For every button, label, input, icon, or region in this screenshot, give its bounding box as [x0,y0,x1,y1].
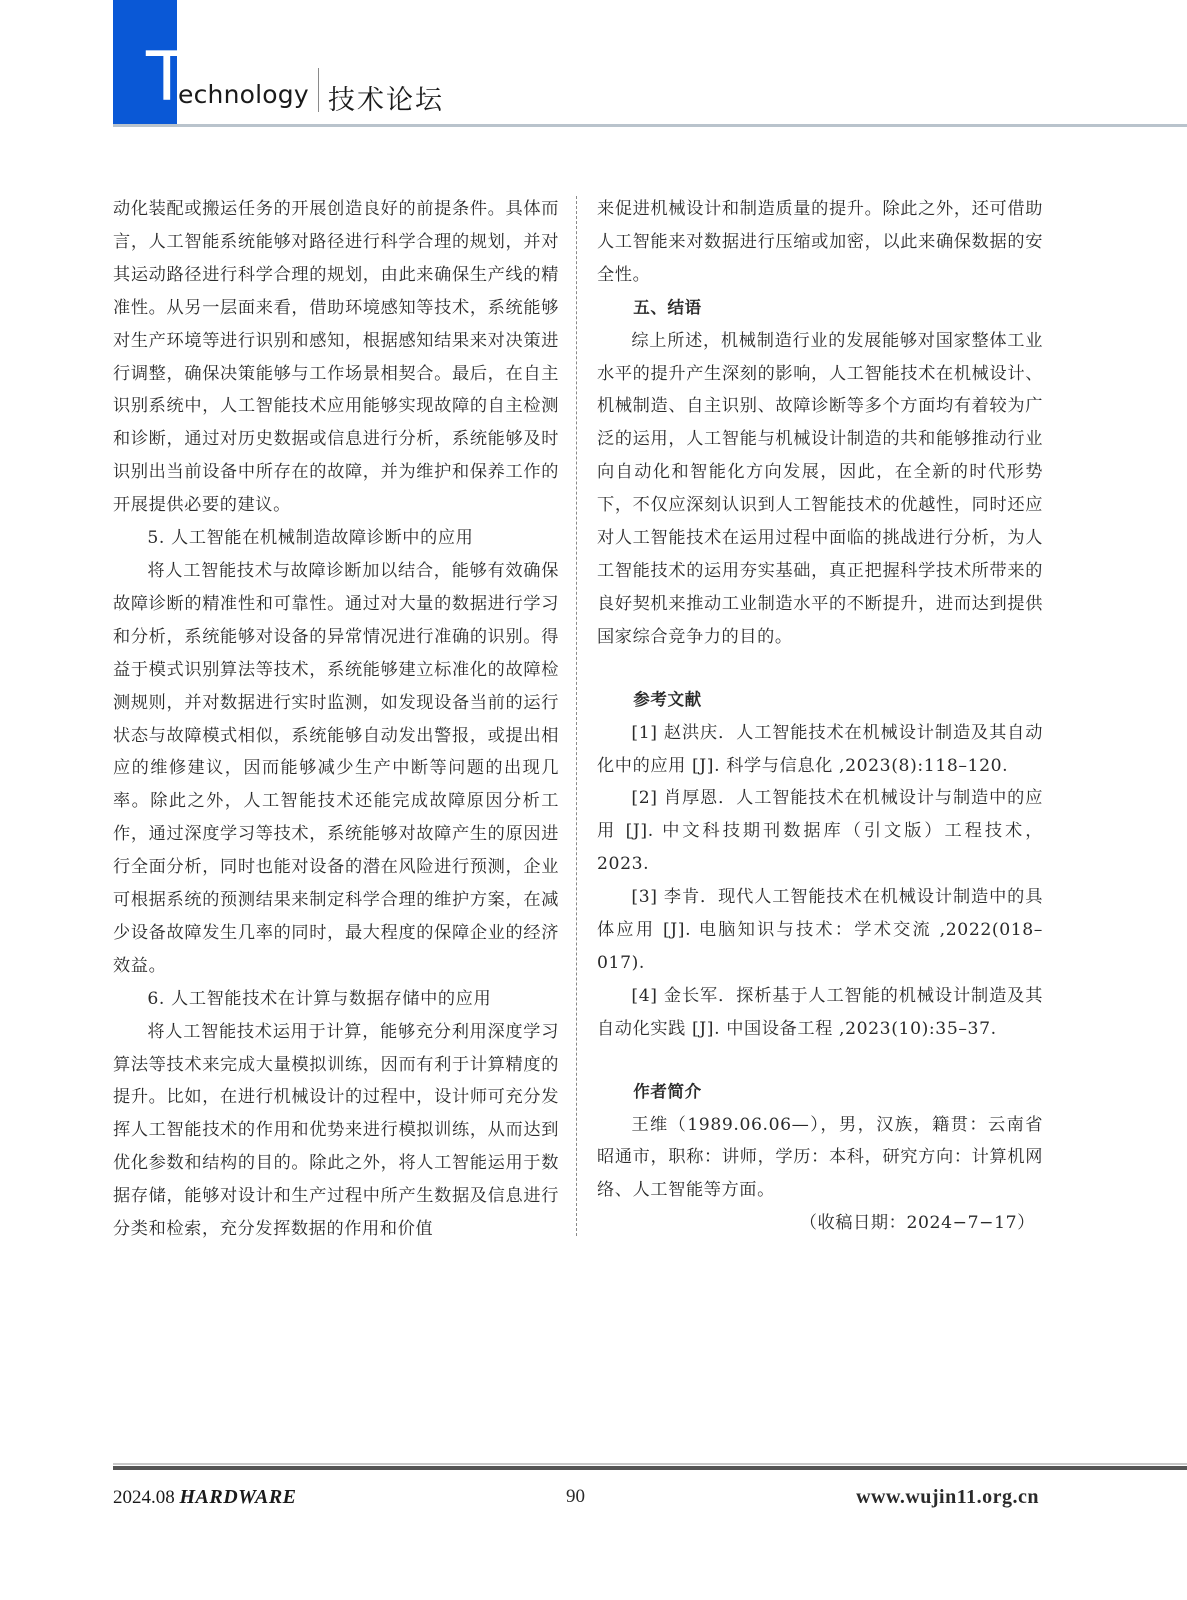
magazine-name: HARDWARE [180,1486,297,1508]
subsection-heading-5: 5. 人工智能在机械制造故障诊断中的应用 [113,522,559,555]
reference-item: [3] 李肯．现代人工智能技术在机械设计制造中的具体应用 [J]. 电脑知识与技… [597,881,1043,980]
right-column: 来促进机械设计和制造质量的提升。除此之外，还可借助人工智能来对数据进行压缩或加密… [597,193,1043,1240]
reference-item: [2] 肖厚恩．人工智能技术在机械设计与制造中的应用 [J]. 中文科技期刊数据… [597,782,1043,881]
section-title-cn: 技术论坛 [328,78,444,117]
header-separator [318,68,319,112]
body-paragraph: 来促进机械设计和制造质量的提升。除此之外，还可借助人工智能来对数据进行压缩或加密… [597,193,1043,292]
left-column: 动化装配或搬运任务的开展创造良好的前提条件。具体而言，人工智能系统能够对路径进行… [113,193,559,1246]
issue-date: 2024.08 [113,1487,175,1508]
column-divider [576,196,577,1236]
subsection-heading-6: 6. 人工智能技术在计算与数据存储中的应用 [113,983,559,1016]
header-word-technology: echnology [178,80,309,109]
body-paragraph: 将人工智能技术运用于计算，能够充分利用深度学习算法等技术来完成大量模拟训练，因而… [113,1016,559,1246]
footer-rule [113,1466,1187,1470]
reference-item: [1] 赵洪庆．人工智能技术在机械设计制造及其自动化中的应用 [J]. 科学与信… [597,717,1043,783]
header-rule [113,124,1187,127]
footer-rule-light [113,1463,1187,1465]
conclusion-heading: 五、结语 [597,292,1043,325]
received-date: （收稿日期：2024−7−17） [597,1207,1043,1240]
author-bio: 王维（1989.06.06—），男，汉族，籍贯：云南省昭通市，职称：讲师，学历：… [597,1109,1043,1208]
references-heading: 参考文献 [597,684,1043,717]
page-number: 90 [566,1486,585,1508]
reference-item: [4] 金长军．探析基于人工智能的机械设计制造及其自动化实践 [J]. 中国设备… [597,980,1043,1046]
author-heading: 作者简介 [597,1076,1043,1109]
website-url: www.wujin11.org.cn [856,1486,1039,1509]
body-paragraph: 将人工智能技术与故障诊断加以结合，能够有效确保故障诊断的精准性和可靠性。通过对大… [113,555,559,983]
footer-issue: 2024.08 HARDWARE [113,1486,297,1509]
body-paragraph: 动化装配或搬运任务的开展创造良好的前提条件。具体而言，人工智能系统能够对路径进行… [113,193,559,522]
body-paragraph: 综上所述，机械制造行业的发展能够对国家整体工业水平的提升产生深刻的影响，人工智能… [597,325,1043,654]
